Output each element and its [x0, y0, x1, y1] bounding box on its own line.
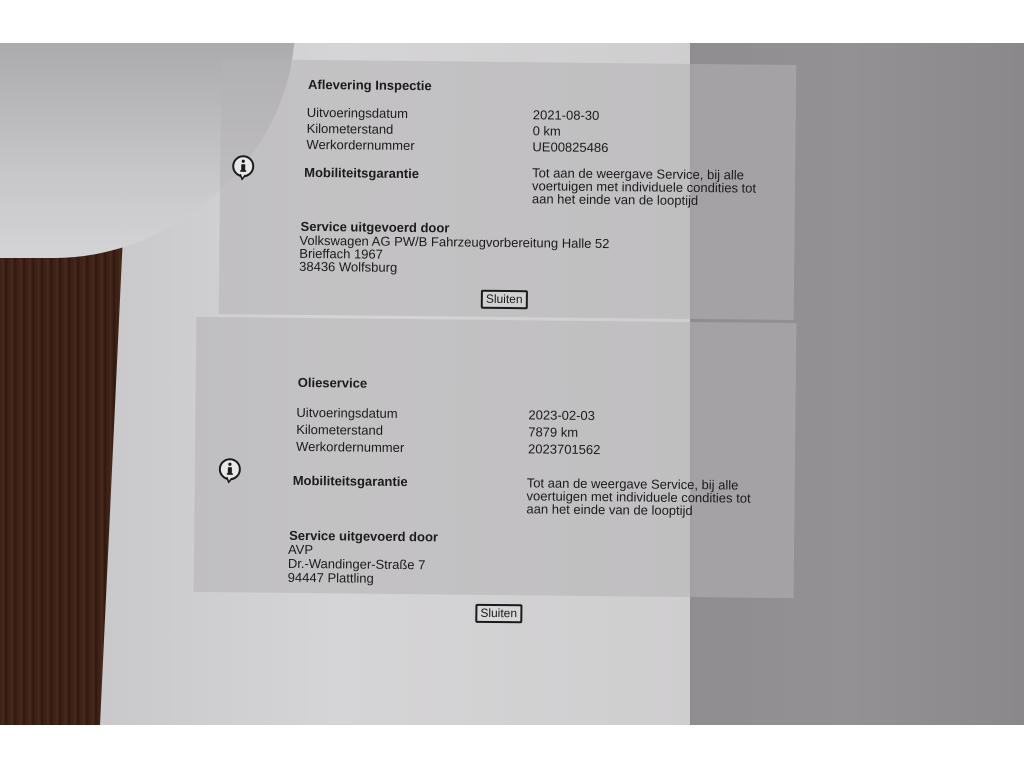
field-value: 2023701562 [528, 441, 600, 458]
field-value: UE00825486 [532, 139, 608, 156]
close-button[interactable]: Sluiten [475, 604, 522, 623]
close-button[interactable]: Sluiten [481, 290, 528, 309]
field-label: Kilometerstand [296, 422, 383, 439]
field-value: 0 km [533, 123, 561, 139]
mobility-value: Tot aan de weergave Service, bij alle vo… [526, 476, 750, 517]
mobility-label: Mobiliteitsgarantie [304, 165, 419, 182]
field-value: 2021-08-30 [533, 107, 600, 124]
field-label: Werkordernummer [306, 137, 414, 154]
field-row: Uitvoeringsdatum 2021-08-30 [307, 105, 767, 110]
info-speech-bubble-icon [217, 457, 243, 483]
field-value: 2023-02-03 [528, 407, 595, 424]
field-row: Kilometerstand 7879 km [296, 422, 756, 427]
field-label: Kilometerstand [307, 121, 394, 138]
record-title: Olieservice [298, 375, 368, 391]
performed-by-address: Volkswagen AG PW/B Fahrzeugvorbereitung … [299, 234, 609, 276]
field-row: Werkordernummer 2023701562 [296, 439, 756, 444]
field-label: Werkordernummer [296, 439, 404, 456]
service-record-aflevering: Aflevering Inspectie Uitvoeringsdatum 20… [219, 59, 797, 320]
field-row: Uitvoeringsdatum 2023-02-03 [297, 405, 757, 410]
record-title: Aflevering Inspectie [308, 77, 432, 93]
mobility-label: Mobiliteitsgarantie [293, 473, 408, 490]
address-line: 94447 Plattling [288, 571, 426, 586]
info-speech-bubble-icon [230, 154, 256, 180]
field-label: Uitvoeringsdatum [307, 105, 408, 122]
mobility-value: Tot aan de weergave Service, bij alle vo… [532, 166, 756, 207]
field-label: Uitvoeringsdatum [296, 405, 397, 422]
service-record-olieservice: Olieservice Uitvoeringsdatum 2023-02-03 … [194, 317, 797, 598]
performed-by-address: AVP Dr.-Wandinger-Straße 7 94447 Plattli… [288, 543, 426, 586]
address-line: 38436 Wolfsburg [299, 260, 609, 276]
field-value: 7879 km [528, 424, 578, 441]
